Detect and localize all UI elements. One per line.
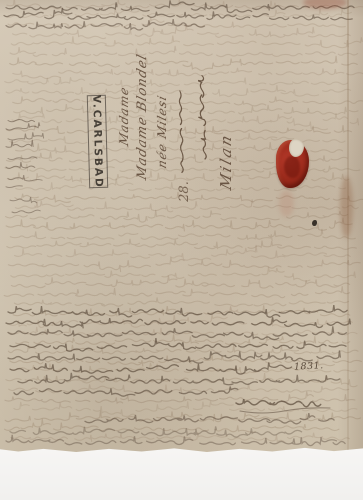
postal-rate-marking: 28. — [177, 181, 192, 202]
address-line: Madame Blondel — [136, 48, 149, 194]
scan-background: V.CARLSBAD Madame Madame Blondel née Mil… — [0, 0, 363, 500]
letter-sheet: V.CARLSBAD Madame Madame Blondel née Mil… — [0, 0, 363, 452]
wax-seal-center — [284, 156, 300, 178]
address-line: née Milesi — [156, 49, 168, 194]
address-block: Madame Madame Blondel née Milesi Milan — [118, 48, 234, 198]
address-line-illegible — [174, 50, 190, 197]
address-line: Madame — [118, 47, 130, 192]
illegible-script — [175, 72, 187, 175]
illegible-script — [198, 74, 210, 162]
edge-stain — [340, 176, 353, 238]
year-mention: 1831. — [294, 360, 324, 373]
postmark-text: V.CARLSBAD — [90, 94, 104, 188]
address-line-illegible — [197, 52, 213, 199]
postmark-stamp: V.CARLSBAD — [87, 95, 108, 188]
address-line: Milan — [219, 53, 234, 199]
seal-smudge — [279, 190, 294, 217]
